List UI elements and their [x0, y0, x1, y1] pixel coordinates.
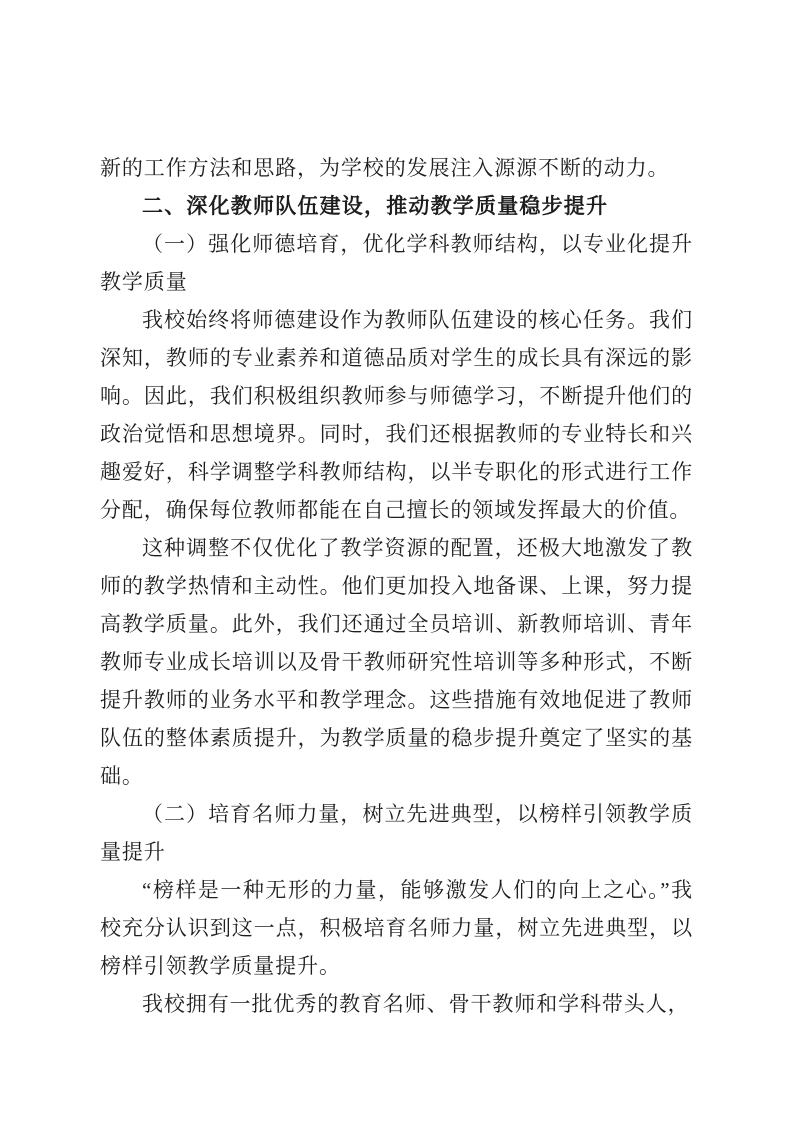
paragraph-continuation: 新的工作方法和思路，为学校的发展注入源源不断的动力。: [100, 149, 693, 187]
document-text-block: 新的工作方法和思路，为学校的发展注入源源不断的动力。 二、深化教师队伍建设，推动…: [100, 149, 693, 1023]
body-paragraph-famous-teachers: 我校拥有一批优秀的教育名师、骨干教师和学科带头人，: [100, 985, 693, 1023]
section-heading-2: 二、深化教师队伍建设，推动教学质量稳步提升: [100, 187, 693, 225]
body-paragraph-training-measures: 这种调整不仅优化了教学资源的配置，还极大地激发了教师的教学热情和主动性。他们更加…: [100, 529, 693, 795]
document-page: 新的工作方法和思路，为学校的发展注入源源不断的动力。 二、深化教师队伍建设，推动…: [0, 0, 793, 1122]
body-paragraph-teacher-ethics: 我校始终将师德建设作为教师队伍建设的核心任务。我们深知，教师的专业素养和道德品质…: [100, 301, 693, 529]
body-paragraph-role-models: “榜样是一种无形的力量，能够激发人们的向上之心。”我校充分认识到这一点，积极培育…: [100, 871, 693, 985]
subsection-heading-2-1: （一）强化师德培育，优化学科教师结构，以专业化提升教学质量: [100, 225, 693, 301]
subsection-heading-2-2: （二）培育名师力量，树立先进典型，以榜样引领教学质量提升: [100, 795, 693, 871]
